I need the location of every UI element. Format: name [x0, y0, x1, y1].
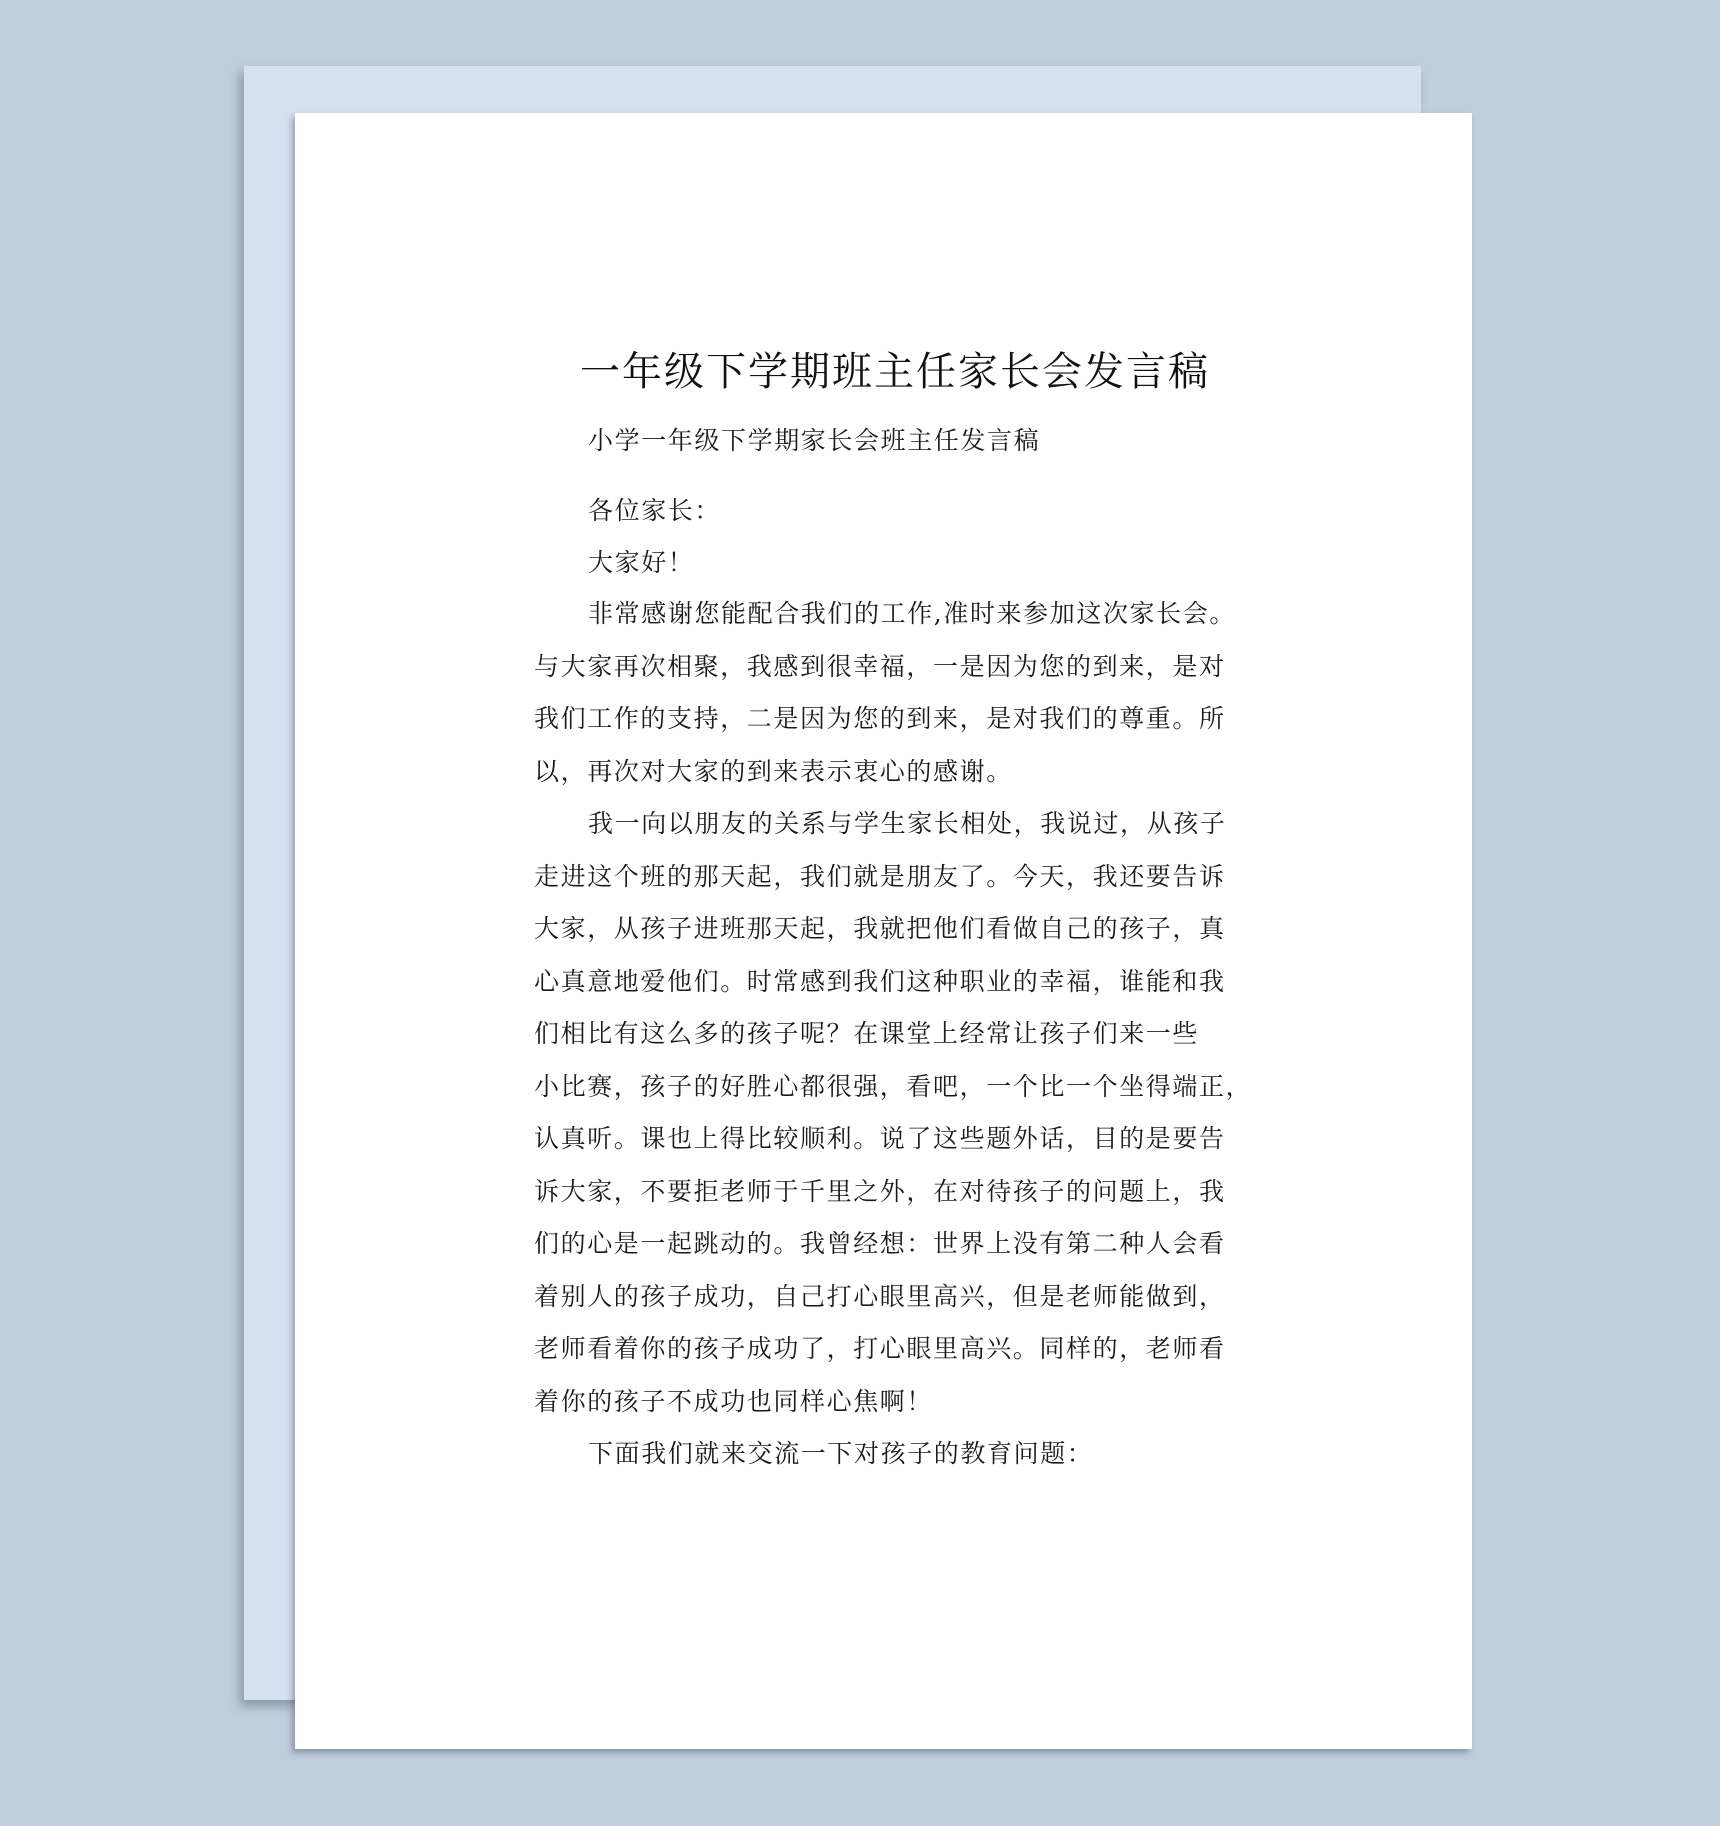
salutation-line: 各位家长： — [588, 493, 721, 529]
paragraph-line: 们的心是一起跳动的。我曾经想：世界上没有第二种人会看 — [534, 1226, 1226, 1262]
paragraph-line: 大家，从孩子进班那天起，我就把他们看做自己的孩子，真 — [534, 911, 1226, 947]
paragraph-line: 我一向以朋友的关系与学生家长相处，我说过，从孩子 — [588, 806, 1226, 842]
paragraph-line: 老师看着你的孩子成功了，打心眼里高兴。同样的，老师看 — [534, 1331, 1226, 1367]
paragraph-line: 心真意地爱他们。时常感到我们这种职业的幸福，谁能和我 — [534, 964, 1226, 1000]
paragraph-line: 诉大家，不要拒老师于千里之外，在对待孩子的问题上，我 — [534, 1174, 1226, 1210]
document-page: 一年级下学期班主任家长会发言稿 小学一年级下学期家长会班主任发言稿 各位家长： … — [295, 113, 1472, 1749]
document-title: 一年级下学期班主任家长会发言稿 — [580, 346, 1200, 398]
greeting-line: 大家好！ — [588, 545, 694, 581]
paragraph-line: 小比赛，孩子的好胜心都很强，看吧，一个比一个坐得端正， — [534, 1069, 1252, 1105]
paragraph-line: 下面我们就来交流一下对孩子的教育问题： — [588, 1436, 1093, 1472]
paragraph-line: 着别人的孩子成功，自己打心眼里高兴，但是老师能做到， — [534, 1279, 1226, 1315]
paragraph-line: 我们工作的支持，二是因为您的到来，是对我们的尊重。所 — [534, 701, 1226, 737]
paragraph-line: 非常感谢您能配合我们的工作,准时来参加这次家长会。 — [588, 596, 1236, 632]
paragraph-line: 走进这个班的那天起，我们就是朋友了。今天，我还要告诉 — [534, 859, 1226, 895]
paragraph-line: 与大家再次相聚，我感到很幸福，一是因为您的到来，是对 — [534, 649, 1226, 685]
paragraph-line: 以，再次对大家的到来表示衷心的感谢。 — [534, 754, 1013, 790]
paragraph-line: 着你的孩子不成功也同样心焦啊！ — [534, 1384, 933, 1420]
document-subtitle: 小学一年级下学期家长会班主任发言稿 — [588, 423, 1040, 459]
paragraph-line: 认真听。课也上得比较顺利。说了这些题外话，目的是要告 — [534, 1121, 1226, 1157]
paragraph-line: 们相比有这么多的孩子呢？在课堂上经常让孩子们来一些 — [534, 1016, 1199, 1052]
